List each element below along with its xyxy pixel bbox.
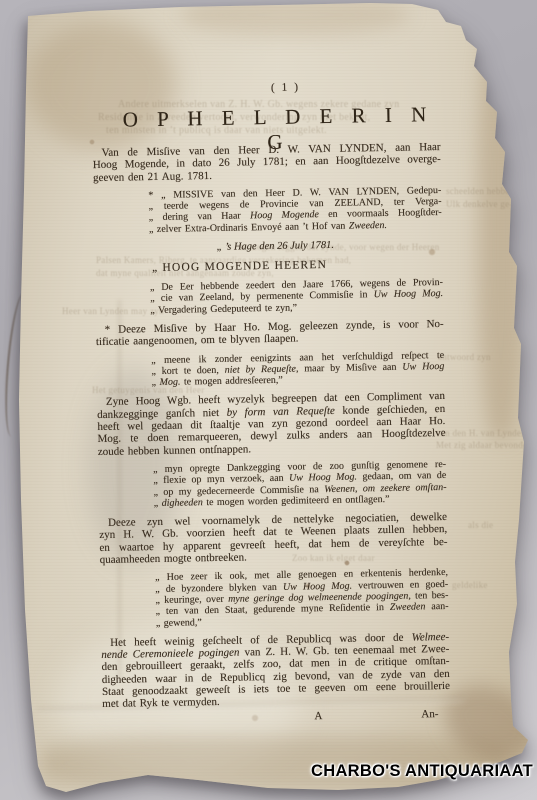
text-block-para: Van de Misſive van den Heer D. W. VAN LY… (93, 141, 442, 184)
catchword: An- (421, 708, 438, 720)
text-block-quote: „ De Eer hebbende zeedert den Jaare 1766… (150, 277, 444, 316)
bleedthrough-text: geldelike (452, 580, 488, 590)
text-block-para: Het heeft weinig geſcheelt of de Republi… (101, 631, 450, 711)
text-block-para: Deeze zyn wel voornamelyk de nettelyke n… (99, 511, 448, 566)
text-block-dateline: „ ’s Hage den 26 July 1781. (108, 238, 442, 256)
text-column: ( 1 ) O P H E L D E R I N G Van de Misſi… (91, 79, 450, 728)
watermark-label: CHARBO'S ANTIQUARIAAT (311, 762, 533, 781)
bleedthrough-text: van den H. van Lynden op de O (436, 428, 537, 438)
text-block-quote: „ meene ik zonder eenigzints aan het ver… (151, 350, 445, 389)
document-page: Andere uitmerkselen van Z. H. W. Gb. weg… (0, 0, 537, 800)
document-title: O P H E L D E R I N G (116, 102, 440, 133)
bleedthrough-text: Ulk denkelve ge- (446, 199, 513, 209)
text-blocks: Van de Misſive van den Heer D. W. VAN LY… (93, 141, 451, 711)
bleedthrough-text: als die (468, 520, 493, 530)
paper-shadow: Andere uitmerkselen van Z. H. W. Gb. weg… (0, 0, 537, 800)
text-block-salutation: „ HOOG MOGENDE HEEREN (95, 258, 385, 276)
text-block-quote: „ Hoe zeer ik ook, met alle genoegen en … (155, 567, 449, 629)
bleedthrough-text: antwoord zyn (438, 352, 491, 362)
text-block-para: * Deeze Misſive by Haar Ho. Mog. geleeze… (96, 318, 444, 349)
photo-background: Andere uitmerkselen van Z. H. W. Gb. weg… (0, 0, 537, 800)
bleedthrough-text: scheelden hebben (446, 186, 515, 196)
bleedthrough-text: Met zig aldaar bevonden heeft en (436, 440, 537, 450)
signature-mark: A (314, 710, 322, 722)
text-block-quote: „ myn opregte Dankzegging voor de zoo gu… (153, 459, 447, 509)
text-block-quote: * „ MISSIVE van den Heer D. W. VAN LYNDE… (148, 185, 442, 235)
text-block-para: Zyne Hoog Wgb. heeft wyzelyk begreepen d… (97, 390, 446, 458)
